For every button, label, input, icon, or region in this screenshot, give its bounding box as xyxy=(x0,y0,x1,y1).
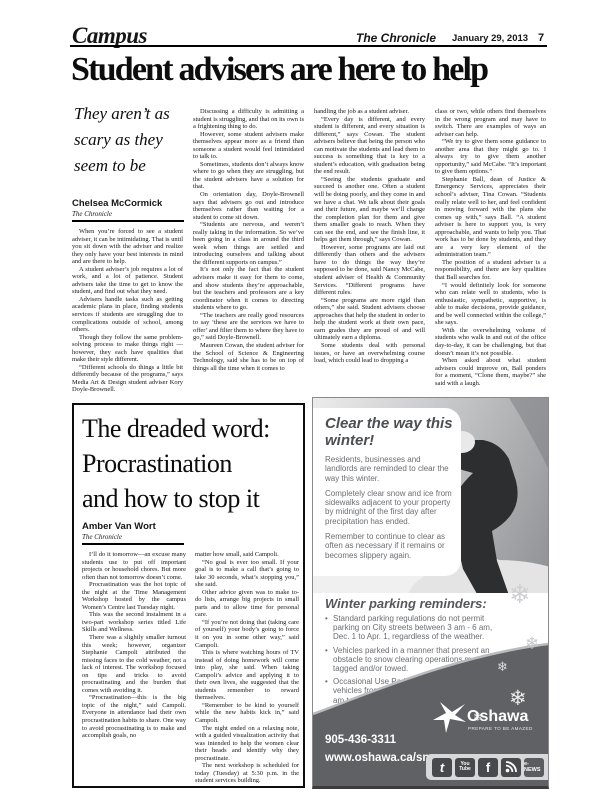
snowflake-icon: ❄ xyxy=(525,634,539,654)
pull-quote: They aren’t as scary as they seem to be xyxy=(74,101,192,179)
lead-column-2: Discussing a difficulty is admitting a s… xyxy=(193,108,304,400)
paragraph: When asked about what student advisers c… xyxy=(435,357,546,387)
paragraph: “Seeing the students graduate and succee… xyxy=(314,176,425,244)
paragraph: The position of a student adviser is a r… xyxy=(435,259,546,282)
paragraph: “We try to give them some guidance to an… xyxy=(435,138,546,176)
paragraph: Some students deal with personal issues,… xyxy=(314,342,425,365)
byline-publication: The Chronicle xyxy=(82,533,184,541)
paragraph: Discussing a difficulty is admitting a s… xyxy=(193,108,304,131)
paragraph: This is where watching hours of TV inste… xyxy=(195,649,299,702)
paragraph: “Procrastination—this is the big topic o… xyxy=(82,694,186,739)
paragraph: “Every day is different, and every stude… xyxy=(314,116,425,176)
youtube-icon: You Tube xyxy=(455,758,475,777)
paragraph: Stephanie Ball, dean of Justice & Emerge… xyxy=(435,176,546,259)
phone-number: 905-436-3311 xyxy=(325,734,396,746)
paragraph: Sometimes, students don’t always know wh… xyxy=(193,161,304,191)
issue-date: January 29, 2013 xyxy=(452,33,528,44)
paragraph: When you’re forced to see a student advi… xyxy=(72,228,183,266)
pull-quote-line: They aren’t as xyxy=(74,101,192,127)
pull-quote-line: seem to be xyxy=(74,153,192,179)
paragraph: “Some programs are more rigid than other… xyxy=(314,297,425,342)
paragraph: “The teachers are really good resources … xyxy=(193,312,304,342)
paragraph: Advisers handle tasks such as getting ac… xyxy=(72,296,183,334)
second-article-byline: Amber Van Wort The Chronicle xyxy=(82,521,184,545)
lead-headline: Student advisers are here to help xyxy=(71,51,549,89)
lead-byline: Chelsea McCormick The Chronicle xyxy=(72,198,184,222)
paragraph: handling the job as a student adviser. xyxy=(314,108,425,116)
paragraph: It’s not only the fact that the student … xyxy=(193,266,304,311)
rss-icon xyxy=(501,758,521,777)
publication-name: The Chronicle xyxy=(356,31,436,45)
second-article-column-1: I’ll do it tomorrow—an excuse many stude… xyxy=(82,551,186,783)
headline-line: Procrastination xyxy=(82,446,300,481)
paragraph: Other advice given was to make to-do lis… xyxy=(195,589,299,619)
page-number: 7 xyxy=(538,32,544,44)
lead-column-1: When you’re forced to see a student advi… xyxy=(72,228,183,400)
logo-name: Oshawa xyxy=(467,708,528,726)
paragraph: With the overwhelming volume of students… xyxy=(435,327,546,357)
youtube-label: Tube xyxy=(459,767,471,772)
paragraph: On orientation day, Doyle-Brownell says … xyxy=(193,191,304,221)
ad-text-panel: Clear the way this winter! Residents, bu… xyxy=(313,408,461,576)
headline-line: and how to stop it xyxy=(82,481,300,516)
city-of-oshawa-ad: Clear the way this winter! Residents, bu… xyxy=(312,397,549,789)
lead-column-4: class or two, while others find themselv… xyxy=(435,108,546,400)
second-article-headline: The dreaded word: Procrastination and ho… xyxy=(82,411,300,516)
paragraph: matter how small, said Campoli. xyxy=(195,551,299,559)
paragraph: “Different schools do things a little bi… xyxy=(72,364,183,394)
paragraph: I’ll do it tomorrow—an excuse many stude… xyxy=(82,551,186,581)
paragraph: “I would definitely look for someone who… xyxy=(435,282,546,327)
ad-headline: Clear the way this winter! xyxy=(325,416,453,449)
paragraph: The next workshop is scheduled for today… xyxy=(195,762,299,783)
newspaper-page: Campus The Chronicle January 29, 2013 7 … xyxy=(0,0,612,792)
paragraph: A student adviser’s job requires a lot o… xyxy=(72,266,183,296)
second-article-column-2: matter how small, said Campoli. “No goal… xyxy=(195,551,299,783)
paragraph: This was the second instalment in a two-… xyxy=(82,611,186,634)
paragraph: “If you’re not doing that (taking care o… xyxy=(195,619,299,649)
ad-paragraph: Remember to continue to clear as often a… xyxy=(325,532,453,560)
author-name: Amber Van Wort xyxy=(82,521,156,532)
byline-publication: The Chronicle xyxy=(72,210,184,218)
paragraph: Though they follow the same problem-solv… xyxy=(72,334,183,364)
paragraph: “Students are nervous, and weren’t reall… xyxy=(193,221,304,266)
enews-icon: e-NEWS xyxy=(524,758,544,777)
oshawa-star-icon xyxy=(431,700,467,734)
facebook-icon: f xyxy=(478,758,498,777)
pull-quote-line: scary as they xyxy=(74,127,192,153)
oshawa-logo: Oshawa PREPARE TO BE AMAZED xyxy=(431,700,543,739)
author-name: Chelsea McCormick xyxy=(72,198,162,209)
winter-parking-heading: Winter parking reminders: xyxy=(325,596,487,611)
paragraph: Maureen Cowan, the student adviser for t… xyxy=(193,342,304,372)
second-article-box: The dreaded word: Procrastination and ho… xyxy=(72,403,305,788)
headline-line: The dreaded word: xyxy=(82,411,300,446)
social-icons-strip: t You Tube f e-NEWS xyxy=(426,754,548,780)
lead-column-3: handling the job as a student adviser. “… xyxy=(314,108,425,400)
twitter-icon: t xyxy=(432,758,452,777)
ad-paragraph: Completely clear snow and ice from sidew… xyxy=(325,489,453,526)
masthead-rule xyxy=(70,45,547,47)
paragraph: There was a slightly smaller turnout thi… xyxy=(82,634,186,694)
snowflake-icon: ❄ xyxy=(509,580,531,610)
paragraph: “Remember to be kind to yourself while t… xyxy=(195,702,299,725)
paragraph: Procrastination was the hot topic of the… xyxy=(82,581,186,611)
paragraph: However, some student advisers make them… xyxy=(193,131,304,161)
paragraph: “No goal is ever too small. If your goal… xyxy=(195,559,299,589)
paragraph: However, some programs are laid out diff… xyxy=(314,244,425,297)
paragraph: The night ended on a relaxing note, with… xyxy=(195,725,299,763)
logo-tagline: PREPARE TO BE AMAZED xyxy=(468,726,533,731)
snowflake-icon: ❄ xyxy=(497,660,508,675)
ad-paragraph: Residents, businesses and landlords are … xyxy=(325,455,453,483)
paragraph: class or two, while others find themselv… xyxy=(435,108,546,138)
